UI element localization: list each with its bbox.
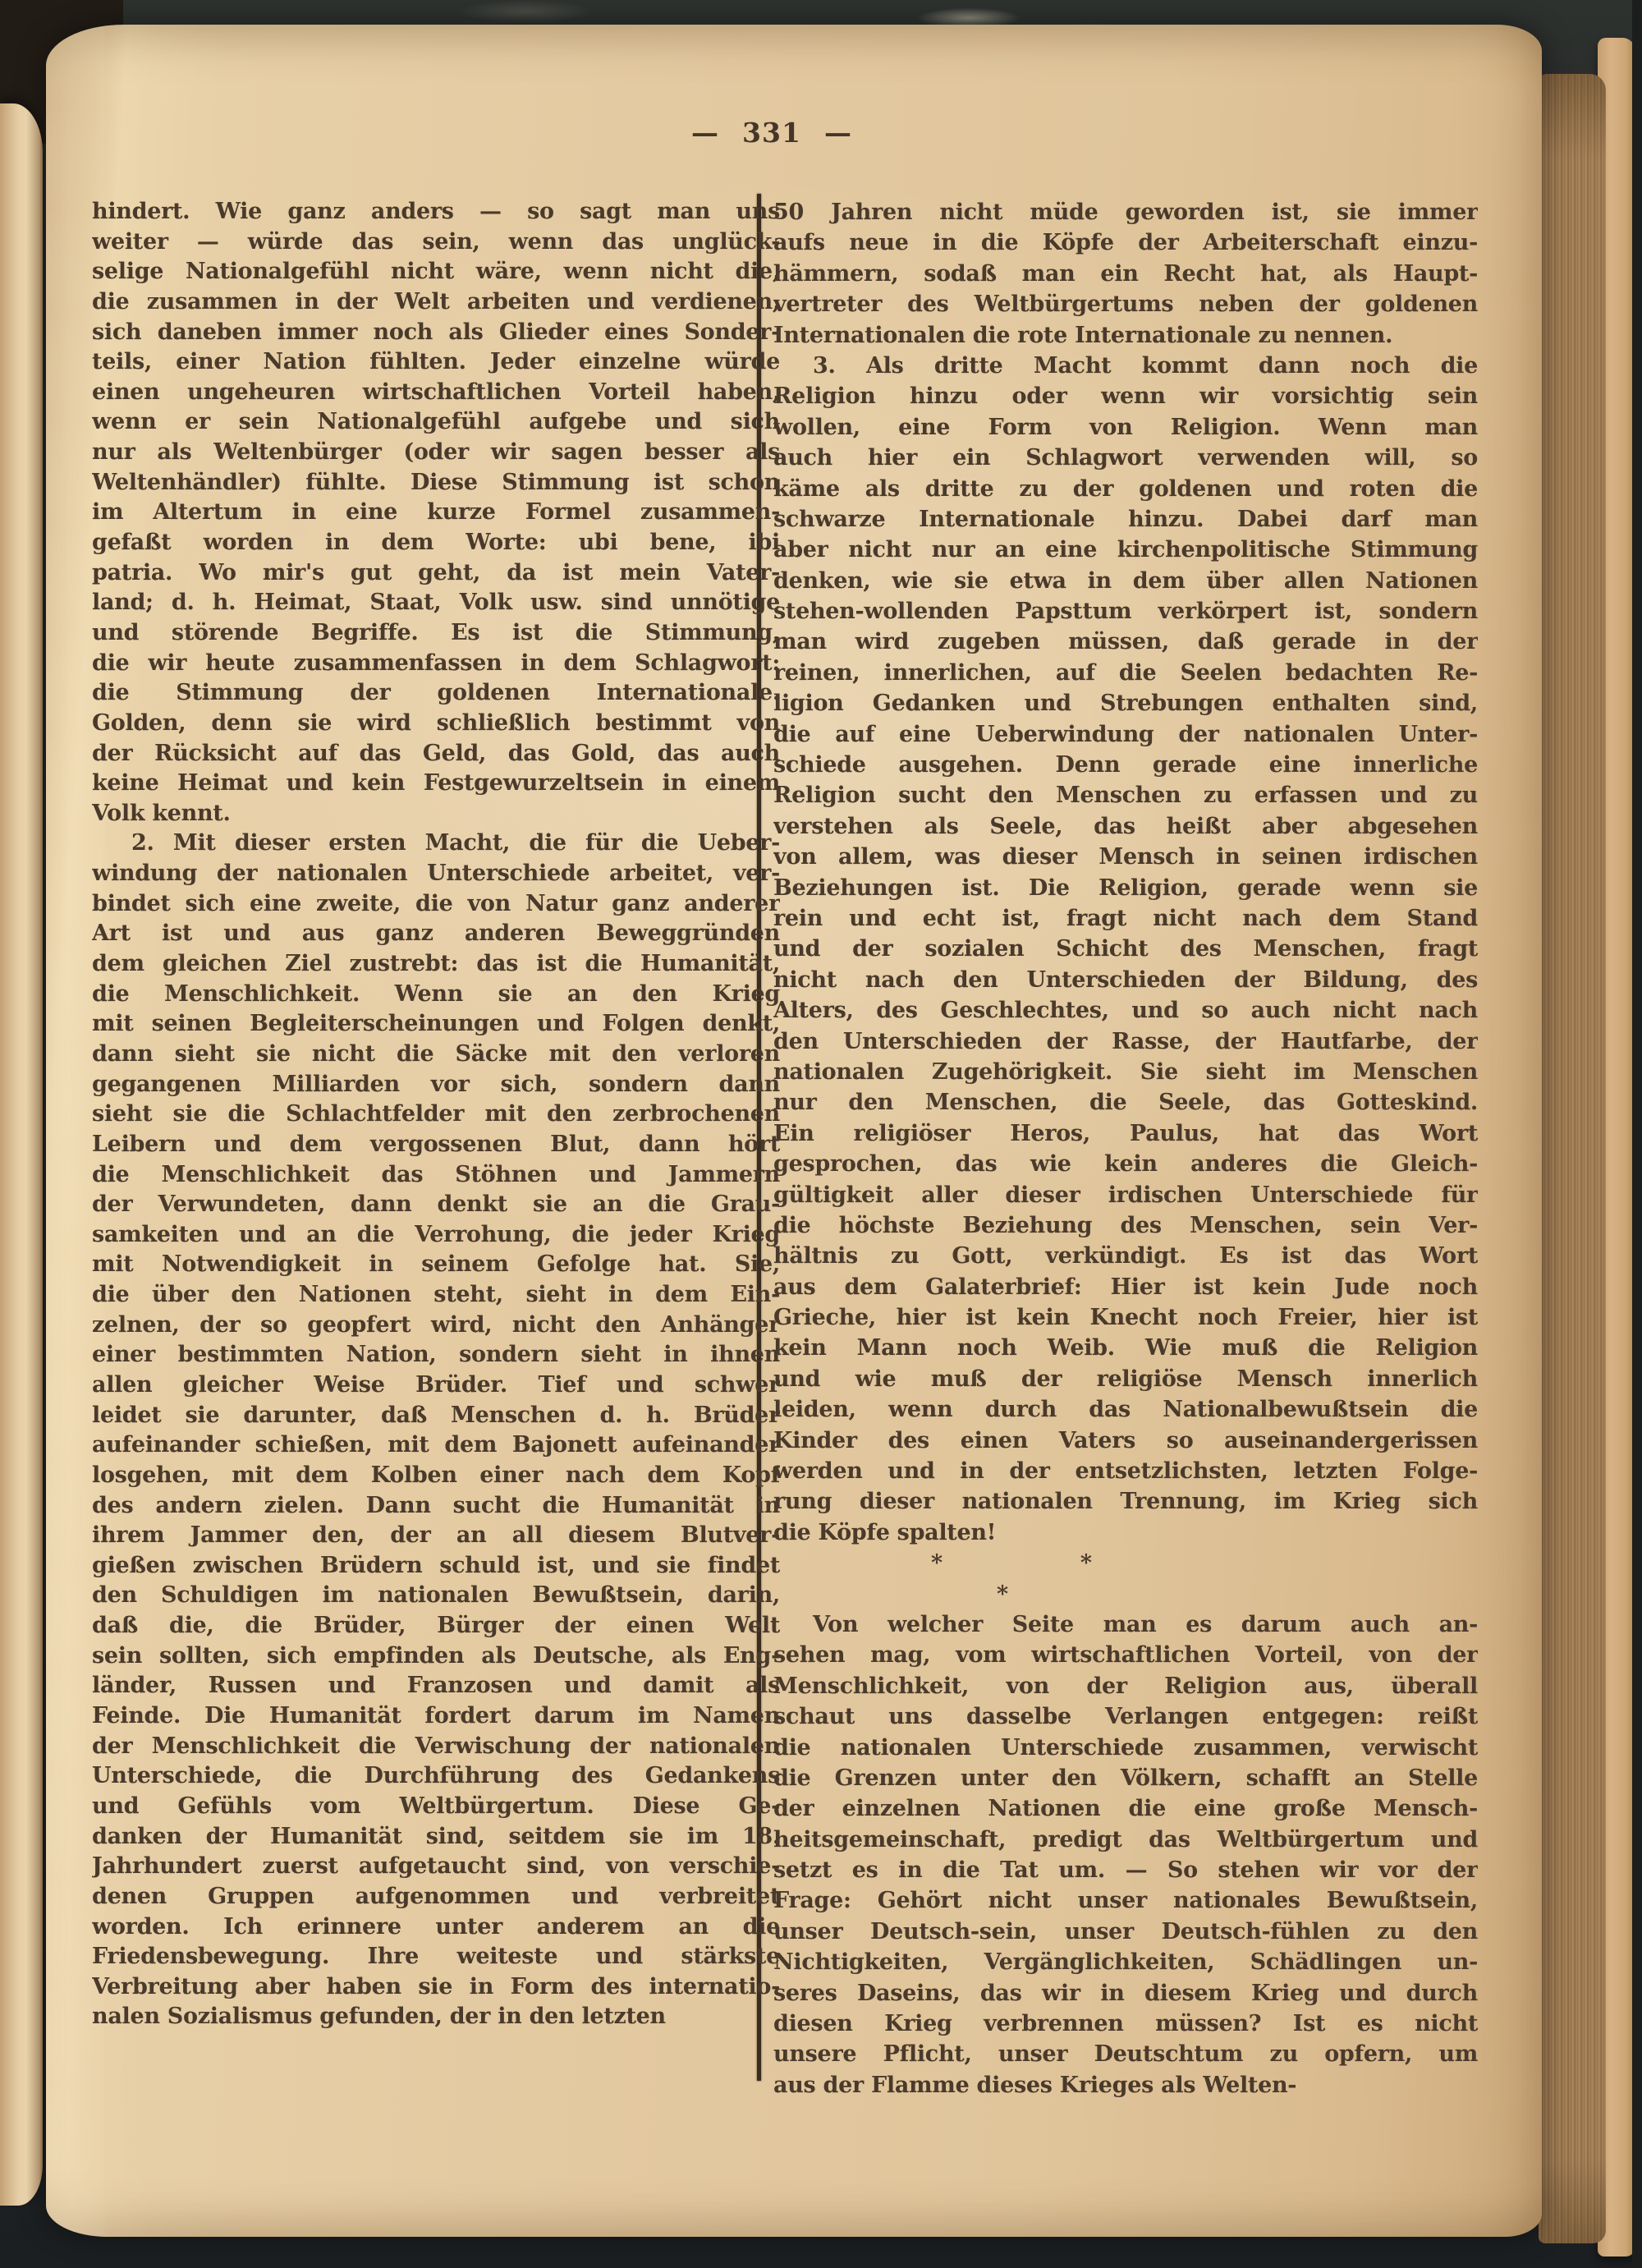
section-divider-stars: ** [773,1548,1478,1578]
text-line: aus der Flamme dieses Krieges als Welten… [773,2070,1478,2100]
text-line: Jahrhundert zuerst aufgetaucht sind, von… [92,1852,780,1882]
text-line: nalen Sozialismus gefunden, der in den l… [92,2002,780,2032]
text-line: Kinder des einen Vaters so auseinanderge… [773,1426,1478,1456]
text-line: 3. Als dritte Macht kommt dann noch die [773,351,1478,381]
text-line: die wir heute zusammenfassen in dem Schl… [92,649,780,679]
text-line: windung der nationalen Unterschiede arbe… [92,859,780,889]
text-line: hindert. Wie ganz anders — so sagt man u… [92,197,780,227]
text-line: sich daneben immer noch als Glieder eine… [92,318,780,348]
text-line: und wie muß der religiöse Mensch innerli… [773,1364,1478,1394]
text-line: schwarze Internationale hinzu. Dabei dar… [773,504,1478,535]
text-line: mit seinen Begleiterscheinungen und Folg… [92,1009,780,1040]
text-line: einer bestimmten Nation, sondern sieht i… [92,1340,780,1370]
text-line: 50 Jahren nicht müde geworden ist, sie i… [773,197,1478,227]
section-divider-stars: * [773,1579,1478,1609]
text-line: Internationalen die rote Internationale … [773,320,1478,351]
text-line: Nichtigkeiten, Vergänglichkeiten, Schädl… [773,1947,1478,1977]
text-line: Religion sucht den Menschen zu erfassen … [773,780,1478,810]
text-line: den Unterschieden der Rasse, der Hautfar… [773,1026,1478,1057]
text-line: die höchste Beziehung des Menschen, sein… [773,1210,1478,1241]
text-line: der Verwundeten, dann denkt sie an die G… [92,1190,780,1220]
text-line: sein sollten, sich empfinden als Deutsch… [92,1641,780,1672]
text-line: ligion Gedanken und Strebungen enthalten… [773,688,1478,719]
book-page-photo: —331— hindert. Wie ganz anders — so sagt… [0,0,1642,2268]
text-line: unsere Pflicht, unser Deutschtum zu opfe… [773,2039,1478,2069]
text-line: gültigkeit aller dieser irdischen Unters… [773,1180,1478,1210]
text-line: Leibern und dem vergossenen Blut, dann h… [92,1130,780,1160]
text-line: denen Gruppen aufgenommen und verbreitet [92,1882,780,1912]
text-line: losgehen, mit dem Kolben einer nach dem … [92,1461,780,1491]
text-line: nicht nach den Unterschieden der Bildung… [773,965,1478,995]
text-line: des andern zielen. Dann sucht die Humani… [92,1491,780,1522]
text-line: Grieche, hier ist kein Knecht noch Freie… [773,1302,1478,1333]
text-line: Menschlichkeit, von der Religion aus, üb… [773,1671,1478,1701]
book-cover-edge [1632,0,1642,2268]
text-line: stehen-wollenden Papsttum verkörpert ist… [773,596,1478,627]
text-line: schiede ausgehen. Denn gerade eine inner… [773,750,1478,780]
text-line: heitsgemeinschaft, predigt das Weltbürge… [773,1825,1478,1855]
text-line: der Menschlichkeit die Verwischung der n… [92,1732,780,1762]
text-line: 2. Mit dieser ersten Macht, die für die … [92,829,780,859]
text-line: leiden, wenn durch das Nationalbewußtsei… [773,1394,1478,1425]
text-line: sieht sie die Schlachtfelder mit den zer… [92,1100,780,1130]
text-line: Weltenhändler) fühlte. Diese Stimmung is… [92,468,780,498]
text-line: teils, einer Nation fühlten. Jeder einze… [92,347,780,378]
text-line: hältnis zu Gott, verkündigt. Es ist das … [773,1241,1478,1271]
text-line: samkeiten und an die Verrohung, die jede… [92,1220,780,1251]
text-line: zelnen, der so geopfert wird, nicht den … [92,1311,780,1341]
text-line: Von welcher Seite man es darum auch an- [773,1609,1478,1640]
text-line: bindet sich eine zweite, die von Natur g… [92,889,780,920]
text-line: setzt es in die Tat um. — So stehen wir … [773,1855,1478,1885]
text-line: die über den Nationen steht, sieht in de… [92,1280,780,1311]
text-line: weiter — würde das sein, wenn das unglüc… [92,227,780,258]
text-line: Alters, des Geschlechtes, und so auch ni… [773,995,1478,1026]
text-line: der Rücksicht auf das Geld, das Gold, da… [92,739,780,769]
text-line: die auf eine Ueberwindung der nationalen… [773,719,1478,750]
header-dash-left: — [691,117,719,149]
text-line: ihrem Jammer den, der an all diesem Blut… [92,1521,780,1551]
text-line: nur als Weltenbürger (oder wir sagen bes… [92,438,780,468]
text-line: und der sozialen Schicht des Menschen, f… [773,934,1478,964]
text-line: Volk kennt. [92,799,780,829]
text-line: Unterschiede, die Durchführung des Gedan… [92,1761,780,1792]
text-line: worden. Ich erinnere unter anderem an di… [92,1912,780,1943]
text-line: denken, wie sie etwa in dem über allen N… [773,566,1478,596]
text-line: dann sieht sie nicht die Säcke mit den v… [92,1040,780,1070]
text-line: seres Daseins, das wir in diesem Krieg u… [773,1978,1478,2009]
text-line: im Altertum in eine kurze Formel zusamme… [92,498,780,528]
text-line: nur den Menschen, die Seele, das Gottesk… [773,1087,1478,1118]
text-line: auch hier ein Schlagwort verwenden will,… [773,443,1478,473]
text-line: wollen, eine Form von Religion. Wenn man [773,412,1478,443]
text-line: gefaßt worden in dem Worte: ubi bene, ib… [92,528,780,558]
text-line: Verbreitung aber haben sie in Form des i… [92,1972,780,2003]
text-line: und Gefühls vom Weltbürgertum. Diese Ge- [92,1792,780,1822]
text-line: gesprochen, das wie kein anderes die Gle… [773,1149,1478,1179]
text-line: aus dem Galaterbrief: Hier ist kein Jude… [773,1272,1478,1302]
text-line: einen ungeheuren wirtschaftlichen Vortei… [92,378,780,408]
asterisk: * [931,1548,943,1578]
text-line: gegangenen Milliarden vor sich, sondern … [92,1070,780,1100]
text-line: die nationalen Unterschiede zusammen, ve… [773,1733,1478,1763]
text-line: man wird zugeben müssen, daß gerade in d… [773,627,1478,657]
text-line: nationalen Zugehörigkeit. Sie sieht im M… [773,1057,1478,1087]
text-line: verstehen als Seele, das heißt aber abge… [773,811,1478,842]
text-line: Friedensbewegung. Ihre weiteste und stär… [92,1942,780,1972]
text-line: die Stimmung der goldenen Internationale… [92,678,780,709]
text-line: rein und echt ist, fragt nicht nach dem … [773,903,1478,934]
text-line: Frage: Gehört nicht unser nationales Bew… [773,1885,1478,1916]
text-line: danken der Humanität sind, seitdem sie i… [92,1822,780,1853]
facing-page-edge [0,103,43,2206]
text-line: vertreter des Weltbürgertums neben der g… [773,289,1478,319]
text-line: schaut uns dasselbe Verlangen entgegen: … [773,1701,1478,1732]
text-line: und störende Begriffe. Es ist die Stimmu… [92,618,780,649]
text-line: sehen mag, vom wirtschaftlichen Vorteil,… [773,1640,1478,1670]
text-line: patria. Wo mir's gut geht, da ist mein V… [92,558,780,589]
text-line: Golden, denn sie wird schließlich bestim… [92,709,780,739]
text-line: land; d. h. Heimat, Staat, Volk usw. sin… [92,588,780,618]
text-line: hämmern, sodaß man ein Recht hat, als Ha… [773,259,1478,289]
text-line: aber nicht nur an eine kirchenpolitische… [773,535,1478,565]
text-line: diesen Krieg verbrennen müssen? Ist es n… [773,2009,1478,2039]
text-line: aufeinander schießen, mit dem Bajonett a… [92,1430,780,1461]
text-line: dem gleichen Ziel zustrebt: das ist die … [92,949,780,980]
text-line: die Menschlichkeit das Stöhnen und Jamme… [92,1160,780,1191]
text-line: kein Mann noch Weib. Wie muß die Religio… [773,1333,1478,1363]
text-line: keine Heimat und kein Festgewurzeltsein … [92,769,780,799]
text-line: die Grenzen unter den Völkern, schafft a… [773,1763,1478,1793]
header-dash-right: — [824,117,852,149]
text-column-left: hindert. Wie ganz anders — so sagt man u… [92,197,780,2032]
text-line: gießen zwischen Brüdern schuld ist, und … [92,1551,780,1582]
text-line: von allem, was dieser Mensch in seinen i… [773,842,1478,872]
text-line: der einzelnen Nationen die eine große Me… [773,1793,1478,1824]
text-line: die Menschlichkeit. Wenn sie an den Krie… [92,980,780,1010]
text-line: Beziehungen ist. Die Religion, gerade we… [773,873,1478,903]
page-number-header: —331— [665,117,878,149]
text-line: leidet sie darunter, daß Menschen d. h. … [92,1401,780,1431]
text-column-right: 50 Jahren nicht müde geworden ist, sie i… [773,197,1478,2100]
page-number: 331 [742,117,801,149]
text-line: käme als dritte zu der goldenen und rote… [773,474,1478,504]
text-line: aufs neue in die Köpfe der Arbeiterschaf… [773,227,1478,258]
text-line: den Schuldigen im nationalen Bewußtsein,… [92,1581,780,1611]
asterisk: * [1080,1548,1092,1578]
text-line: die zusammen in der Welt arbeiten und ve… [92,287,780,318]
text-line: Religion hinzu oder wenn wir vorsichtig … [773,381,1478,411]
text-line: reinen, innerlichen, auf die Seelen beda… [773,658,1478,688]
text-line: mit Notwendigkeit in seinem Gefolge hat.… [92,1250,780,1280]
text-line: allen gleicher Weise Brüder. Tief und sc… [92,1370,780,1401]
text-line: wenn er sein Nationalgefühl aufgebe und … [92,407,780,438]
text-line: selige Nationalgefühl nicht wäre, wenn n… [92,257,780,287]
text-line: daß die, die Brüder, Bürger der einen We… [92,1611,780,1641]
text-line: die Köpfe spalten! [773,1517,1478,1548]
text-line: länder, Russen und Franzosen und damit a… [92,1671,780,1701]
text-line: Ein religiöser Heros, Paulus, hat das Wo… [773,1118,1478,1149]
text-line: Feinde. Die Humanität fordert darum im N… [92,1701,780,1732]
text-line: rung dieser nationalen Trennung, im Krie… [773,1486,1478,1517]
book-fore-edge [1539,74,1606,2243]
text-line: Art ist und aus ganz anderen Beweggründe… [92,919,780,949]
text-line: werden und in der entsetzlichsten, letzt… [773,1456,1478,1486]
text-line: unser Deutsch-sein, unser Deutsch-fühlen… [773,1917,1478,1947]
